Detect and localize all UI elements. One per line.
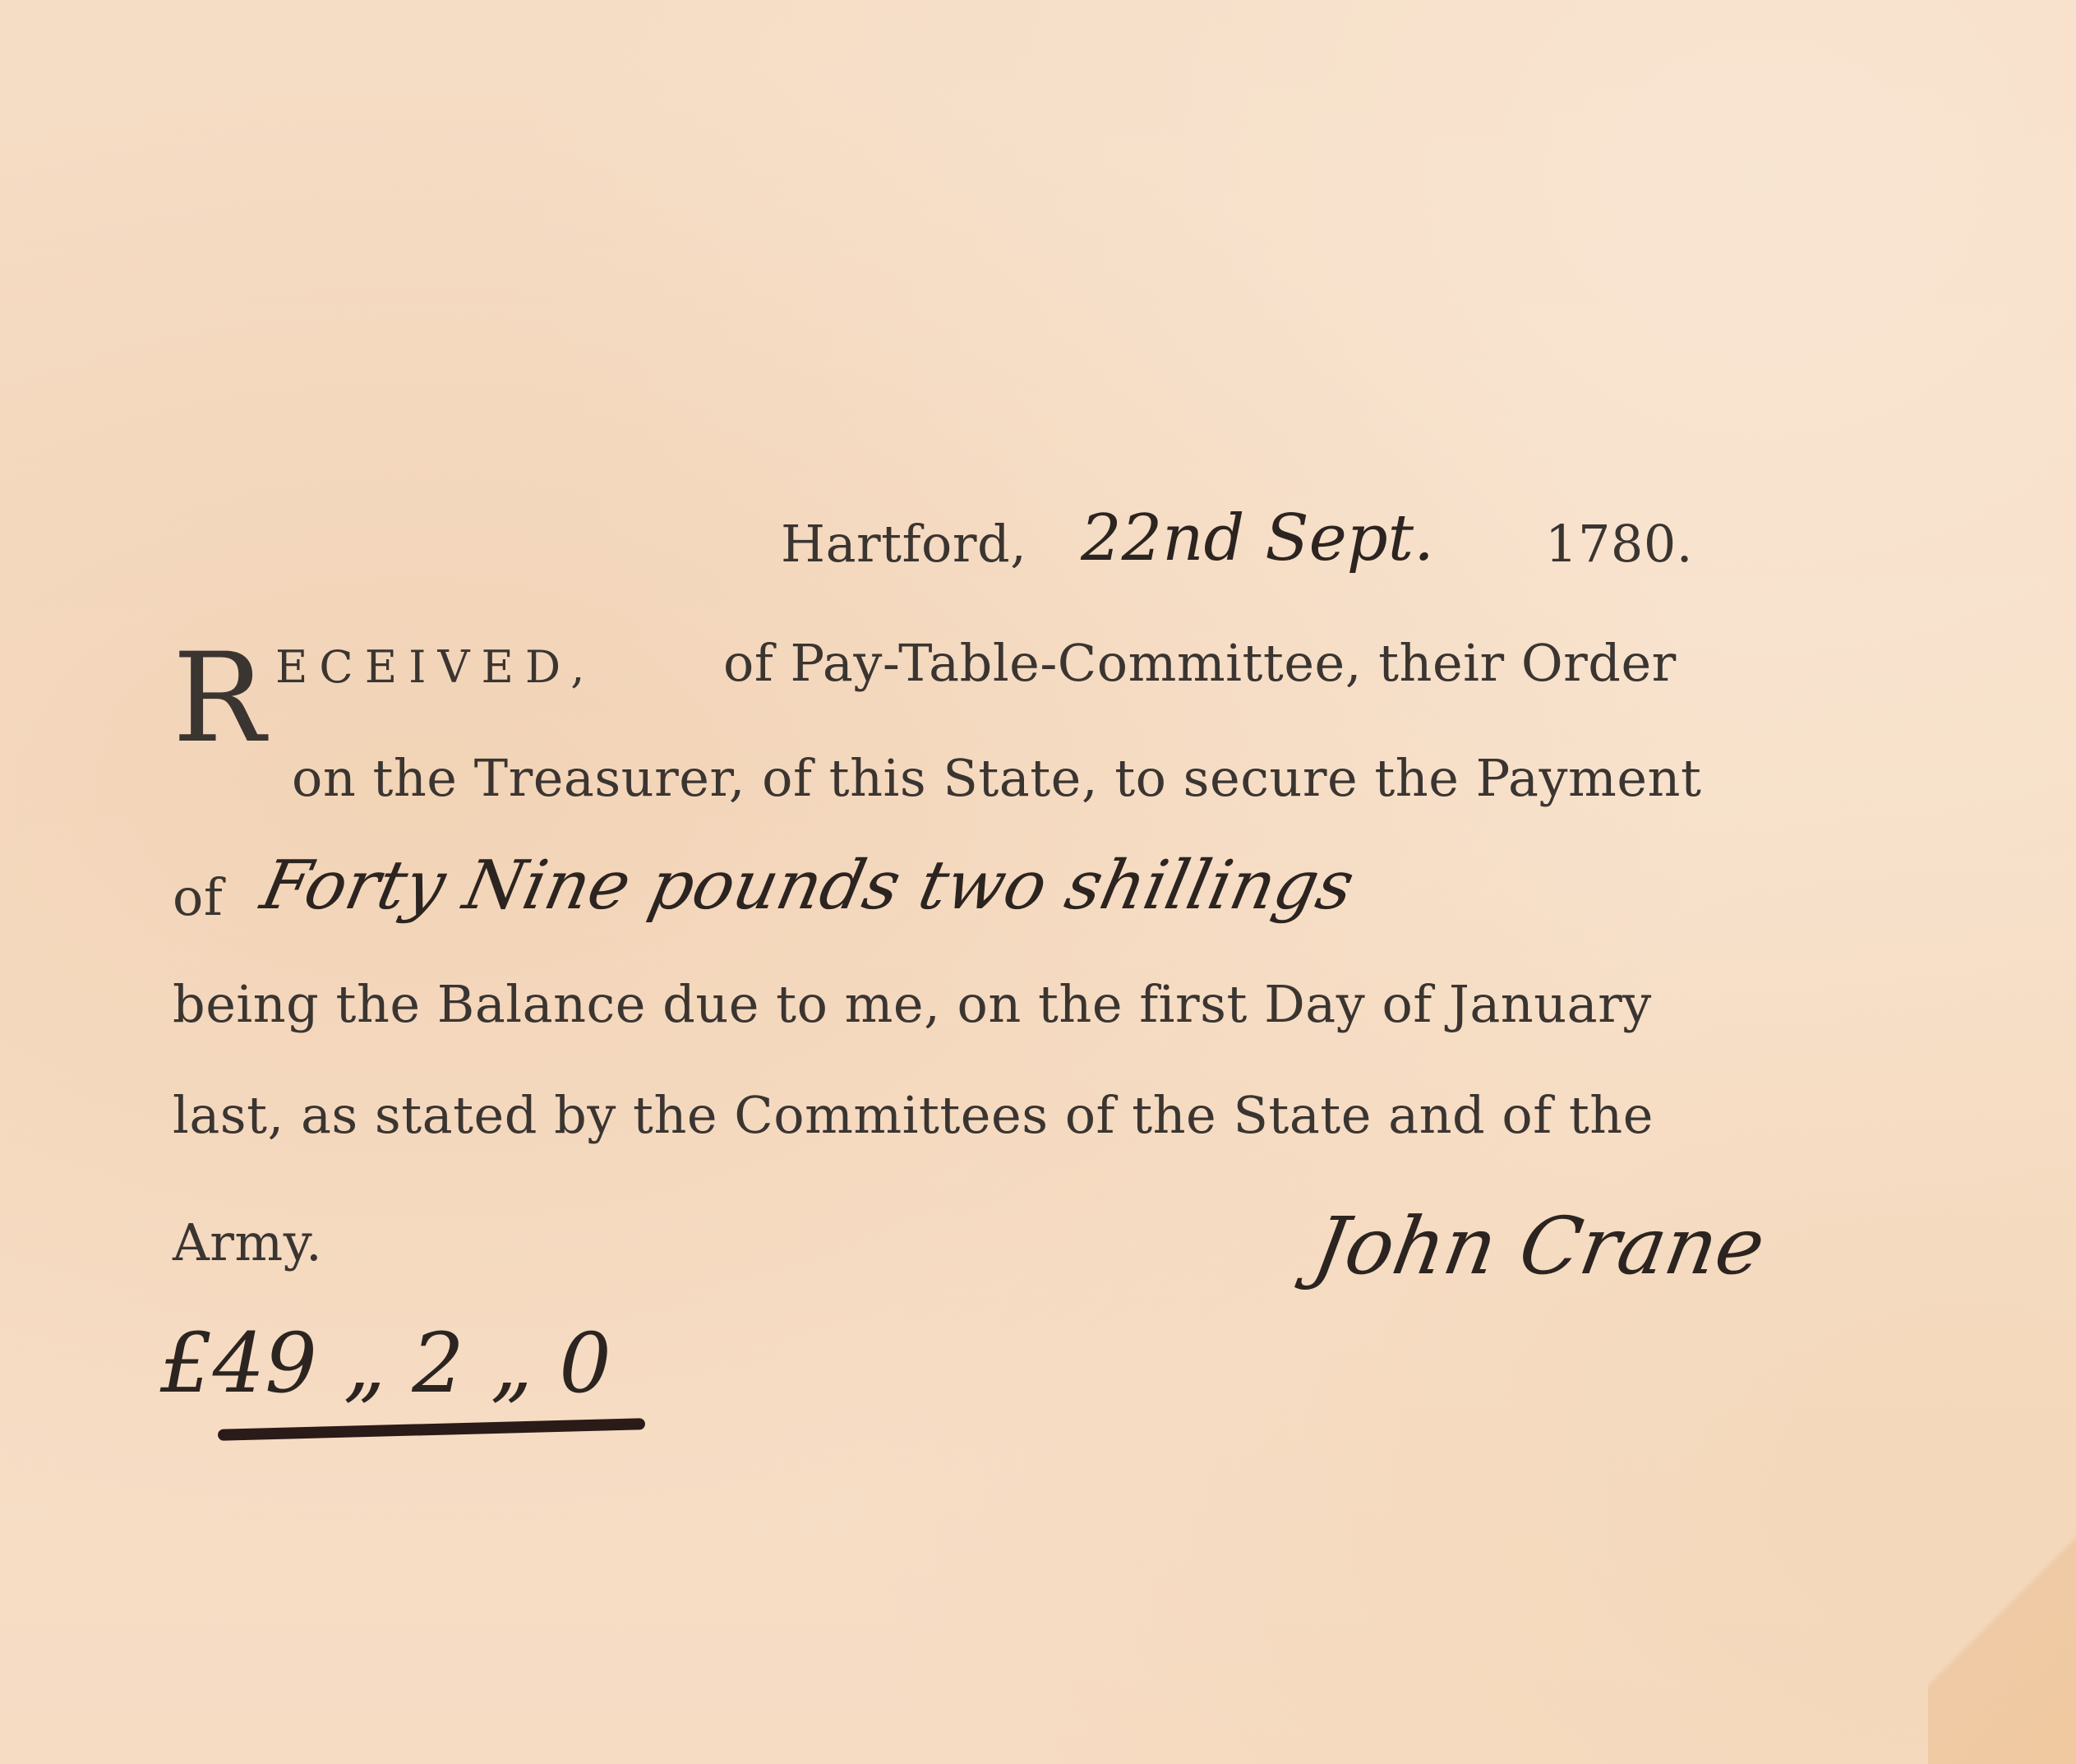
body-line-3-prefix: of <box>173 867 223 927</box>
place-label: Hartford, <box>781 514 1026 574</box>
date-handwritten: 22nd Sept. <box>1081 501 1434 575</box>
body-line-2: on the Treasurer, of this State, to secu… <box>292 748 1701 808</box>
amount-figure: £49 „ 2 „ 0 <box>160 1315 611 1411</box>
drop-cap: R <box>173 637 265 760</box>
amount-in-words: Forty Nine pounds two shillings <box>255 847 1361 925</box>
year-label: 1780. <box>1545 514 1693 574</box>
body-line-6: Army. <box>173 1212 322 1272</box>
signature: John Crane <box>1307 1200 1771 1292</box>
body-line-1: of Pay-Table-Committee, their Order <box>723 633 1677 693</box>
body-line-4: being the Balance due to me, on the firs… <box>173 974 1652 1034</box>
torn-corner <box>1928 1468 2076 1764</box>
body-line-5: last, as stated by the Committees of the… <box>173 1085 1654 1145</box>
received-heading: ECEIVED, <box>275 641 596 693</box>
